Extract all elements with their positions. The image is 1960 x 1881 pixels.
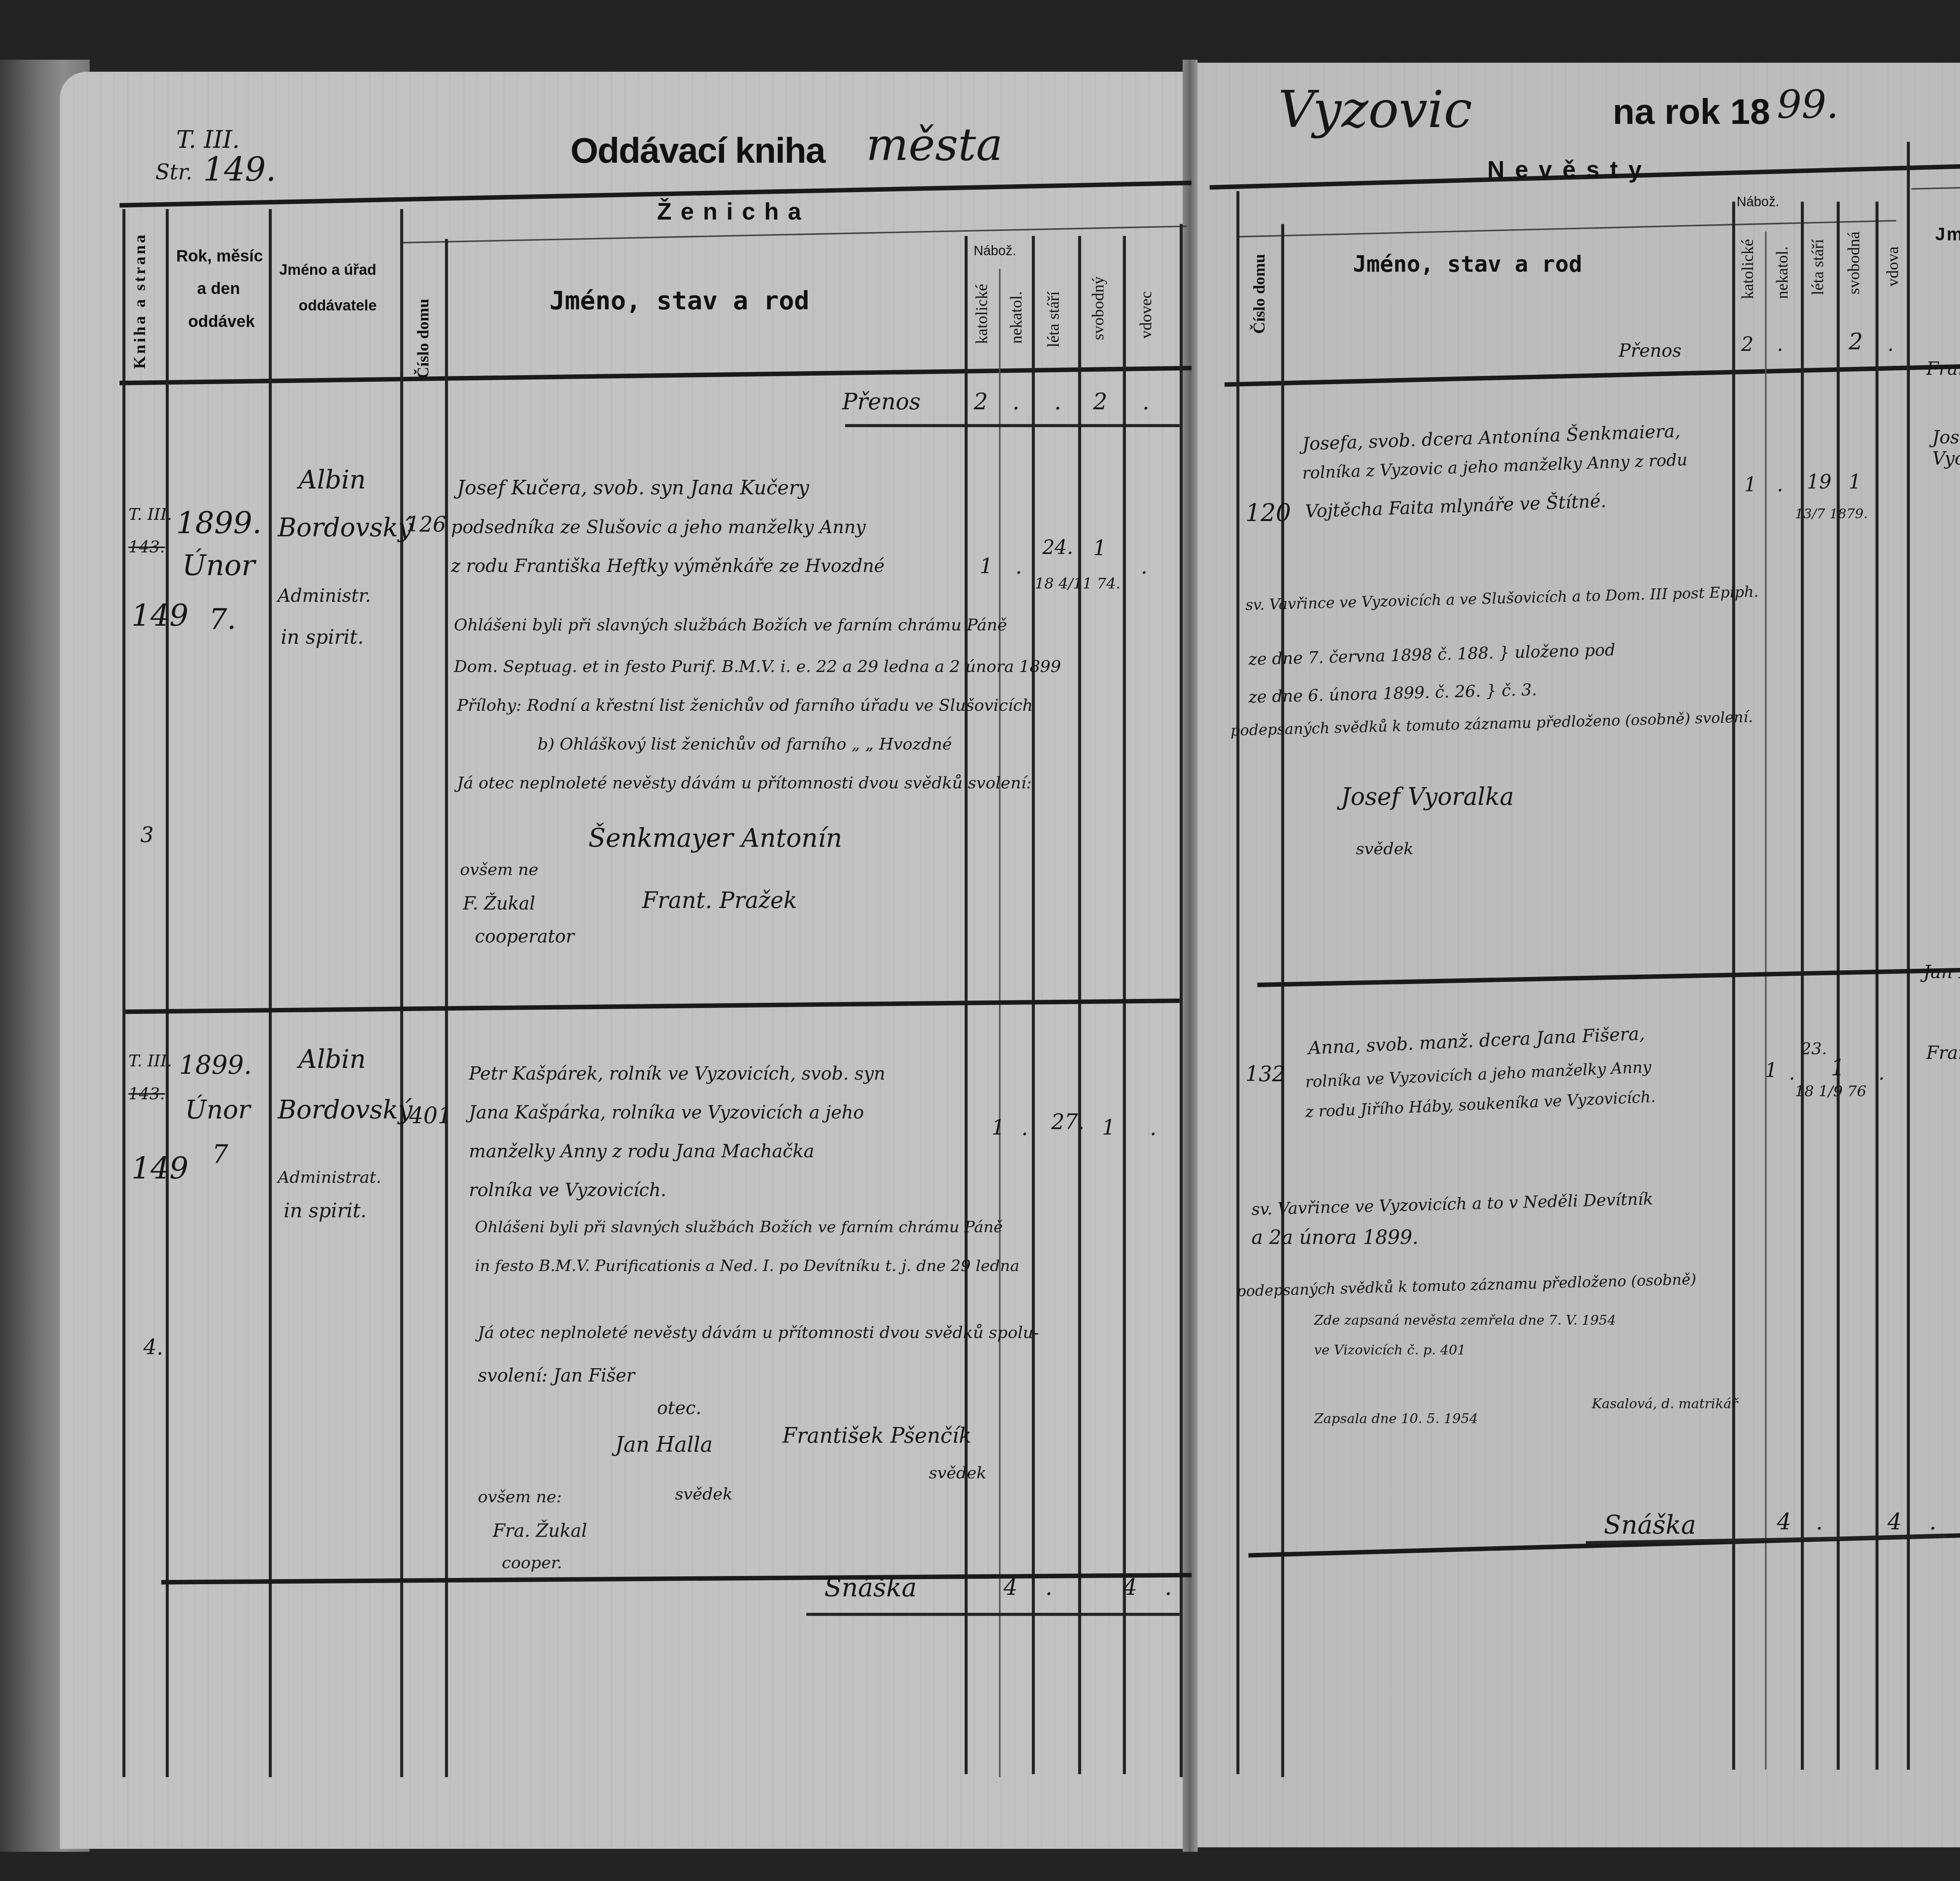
carry-over-svobodny: 2 <box>1093 388 1107 415</box>
groom-note: Dom. Septuag. et in festo Purif. B.M.V. … <box>454 657 1061 677</box>
right-page <box>1189 63 1960 1847</box>
col-header-nekatol: nekatol. <box>1008 291 1026 344</box>
year-printed: na rok 18 <box>1613 93 1770 134</box>
entry-month: Únor <box>182 550 255 583</box>
carry-over-nekatol: . <box>1013 388 1020 415</box>
signature-role: svědek <box>675 1484 733 1504</box>
entry-age: 24. <box>1042 537 1073 560</box>
annotation-address: ve Vizovicích č. p. 401 <box>1314 1344 1466 1359</box>
summary-svobodny: 4 <box>1123 1574 1137 1601</box>
entry-day: 7 <box>212 1141 228 1171</box>
col-header-jmeno-urad: Jméno a úřad <box>279 263 376 279</box>
signature: Fra. Žukal <box>493 1520 587 1541</box>
groom-note: in festo B.M.V. Purificationis a Ned. I.… <box>475 1257 1019 1275</box>
entry-nekatol: . <box>1789 1063 1795 1086</box>
entry-kniha: T. III. <box>129 505 172 525</box>
col-header-naboz: Nábož. <box>974 243 1016 258</box>
col-header-jmeno-stav-rod: Jméno, stav a rod <box>550 287 809 316</box>
carry-over-leta: . <box>1054 388 1061 415</box>
entry-kniha-struck: 143. <box>129 537 165 557</box>
carry-over-katolicke: 2 <box>974 388 988 415</box>
entry-svobodny: 1 <box>1093 537 1106 561</box>
col-header-katolicke: katolické <box>974 284 992 344</box>
entry-vdovec: . <box>1150 1117 1156 1141</box>
col-line <box>122 209 125 1777</box>
entry-svobodna: 1 <box>1831 1054 1845 1081</box>
col-header-rok: Rok, měsíc <box>176 248 263 266</box>
signature: Josef Vyoralka <box>1341 783 1514 811</box>
carry-over-vdova: . <box>1887 334 1894 357</box>
col-header-leta-stari: léta stáří <box>1810 239 1828 295</box>
col-header-aden: a den <box>197 281 240 299</box>
town-handwritten: Vyzovic <box>1278 81 1472 140</box>
officiant-in-spirit: in spirit. <box>281 627 364 650</box>
entry-kniha-page: 149 <box>131 1150 188 1186</box>
witness-name: Fran. Pšenčík <box>1926 1042 1960 1063</box>
entry-nekatol: . <box>1022 1117 1028 1141</box>
entry-katolicke: 1 <box>1765 1060 1778 1083</box>
col-header-oddavatele: oddávatele <box>299 299 377 315</box>
signature: F. Žukal <box>463 893 535 914</box>
groom-note: Přílohy: Rodní a křestní list ženichův o… <box>457 696 1033 715</box>
col-header-oddavek: oddávek <box>188 314 255 332</box>
annotation-recorded: Zapsala dne 10. 5. 1954 <box>1314 1413 1478 1428</box>
summary-nekatol: . <box>1045 1574 1053 1601</box>
signature-note: ovšem ne <box>460 860 538 880</box>
summary-katolicke: 4 <box>1777 1508 1791 1535</box>
groom-text-line: podsedníka ze Slušovic a jeho manželky A… <box>451 517 866 537</box>
entry-house-number: 126 <box>406 514 446 537</box>
groom-note: Já otec neplnoleté nevěsty dávám u příto… <box>478 1323 1039 1343</box>
col-line <box>1281 224 1283 1777</box>
signature: Šenkmayer Antonín <box>588 824 842 854</box>
officiant-first: Albin <box>299 466 366 496</box>
signature-note: otec. <box>657 1398 701 1419</box>
entry-katolicke: 1 <box>1744 475 1757 497</box>
col-header-witness-name: Jméno <box>1935 224 1960 245</box>
entry-nekatol: . <box>1777 475 1783 497</box>
summary-nekatol: . <box>1816 1508 1823 1535</box>
entry-house-number: 401 <box>409 1102 452 1129</box>
title-handwritten: města <box>866 120 1003 172</box>
summary-vdovec: . <box>1165 1574 1172 1601</box>
annotation-registrar: Kasalová, d. matrikář <box>1592 1398 1738 1413</box>
groom-note: Ohlášeni byli při slavných službách Boží… <box>454 615 1007 635</box>
entry-birth-date: 13/7 1879. <box>1795 508 1868 523</box>
col-line <box>269 209 271 1777</box>
col-line <box>999 269 1000 1777</box>
entry-kniha: T. III. <box>129 1051 172 1071</box>
groom-note: b) Ohláškový list ženichův od farního „ … <box>537 735 952 754</box>
carry-over-nekatol: . <box>1777 334 1783 357</box>
entry-year: 1899. <box>179 1051 252 1081</box>
witness-name: Josef Vyoralka <box>1932 427 1960 469</box>
entry-year: 1899. <box>176 505 261 541</box>
entry-nekatol: . <box>1015 556 1022 579</box>
register-scan: T. III. Str. 149. Oddávací kniha města Ž… <box>0 0 1960 1881</box>
entry-age: 19 <box>1807 472 1831 494</box>
officiant-last: Bordovský <box>278 1096 413 1126</box>
entry-row-number: 4. <box>143 1336 163 1360</box>
section-header-groom: Ženicha <box>657 200 810 227</box>
col-line <box>166 209 168 1777</box>
col-header-svobodna: svobodná <box>1846 231 1864 294</box>
carry-over-rule <box>845 424 1180 427</box>
year-handwritten: 99. <box>1777 84 1839 128</box>
col-header-cislo-domu: Číslo domu <box>415 299 433 379</box>
entry-vdovec: . <box>1141 556 1147 579</box>
col-header-kniha: Kniha a strana <box>131 247 149 369</box>
section-header-bride: Nevěsty <box>1487 158 1652 185</box>
signature: František Pšenčík <box>782 1425 971 1449</box>
volume-ref: T. III. <box>176 125 240 154</box>
col-header-vdova: vdova <box>1884 247 1902 287</box>
annotation-death: Zde zapsaná nevěsta zemřela dne 7. V. 19… <box>1314 1314 1616 1329</box>
groom-text-line: manželky Anny z rodu Jana Machačka <box>469 1141 814 1162</box>
summary-label: Snáška <box>824 1574 917 1604</box>
entry-kniha-page: 149 <box>131 597 188 633</box>
book-spine <box>1183 60 1198 1852</box>
groom-text-line: Jana Kašpárka, rolníka ve Vyzovicích a j… <box>469 1102 864 1123</box>
col-line <box>1732 202 1735 1770</box>
groom-note: Ohlášeni byli při slavných službách Boží… <box>475 1218 1003 1236</box>
entry-svobodna: 1 <box>1849 472 1861 494</box>
groom-note: svolení: Jan Fišer <box>478 1365 635 1386</box>
col-line <box>965 236 967 1774</box>
entry-vdova: . <box>1878 1063 1885 1086</box>
witness-name: Frant. Pražek <box>1926 358 1960 379</box>
officiant-title: Administrat. <box>278 1168 381 1187</box>
entry-age: 27. <box>1051 1111 1085 1135</box>
entry-kniha-struck: 143. <box>129 1084 165 1104</box>
carry-over-vdovec: . <box>1142 388 1149 415</box>
col-header-naboz: Nábož. <box>1737 194 1779 209</box>
col-line <box>1032 236 1034 1774</box>
signature-role: svědek <box>1356 839 1414 859</box>
col-line <box>1907 142 1909 1770</box>
groom-text-line: z rodu Františka Heftky výměnkáře ze Hvo… <box>451 556 884 576</box>
signature-role: cooperator <box>475 926 574 947</box>
col-line <box>1123 236 1125 1774</box>
entry-birth-date: 18 4/11 74. <box>1035 576 1121 593</box>
entry-svobodny: 1 <box>1102 1117 1115 1141</box>
bride-note: a 2a února 1899. <box>1251 1227 1418 1250</box>
entry-birth-date: 18 1/9 76 <box>1795 1084 1866 1101</box>
signature: Frant. Pražek <box>642 887 797 914</box>
col-line <box>1801 202 1803 1770</box>
officiant-last: Bordovský <box>278 514 413 543</box>
entry-house-number: 120 <box>1245 499 1291 527</box>
col-header-cislo-domu: Číslo domu <box>1251 254 1269 334</box>
col-line <box>1837 202 1839 1770</box>
signature-role: svědek <box>929 1463 986 1483</box>
carry-over-katolicke: 2 <box>1741 334 1754 357</box>
carry-over-svobodna: 2 <box>1849 329 1863 356</box>
signature-role: cooper. <box>502 1553 562 1573</box>
summary-label: Snáška <box>1604 1511 1696 1541</box>
officiant-first: Albin <box>299 1046 366 1075</box>
carry-over-label: Přenos <box>842 388 920 415</box>
signature-note: ovšem ne: <box>478 1487 562 1507</box>
page-title: Oddávací kniha <box>570 131 825 173</box>
entry-row-number: 3 <box>140 824 154 848</box>
entry-katolicke: 1 <box>991 1117 1005 1141</box>
str-label: Str. <box>155 161 192 185</box>
witness-name: Jan Halla <box>1923 962 1960 982</box>
officiant-title: Administr. <box>278 585 371 606</box>
summary-katolicke: 4 <box>1004 1574 1018 1601</box>
page-number: 149. <box>203 153 276 190</box>
groom-text-line: Petr Kašpárek, rolník ve Vyzovicích, svo… <box>469 1063 885 1084</box>
groom-text-line: Josef Kučera, svob. syn Jana Kučery <box>457 478 809 500</box>
col-header-jmeno-stav-rod: Jméno, stav a rod <box>1353 251 1582 278</box>
summary-rule <box>806 1613 1180 1615</box>
groom-note: Já otec neplnoleté nevěsty dávám u příto… <box>457 773 1032 793</box>
col-header-nekatol: nekatol. <box>1774 247 1792 299</box>
col-header-vdovec: vdovec <box>1138 291 1156 339</box>
officiant-in-spirit: in spirit. <box>284 1201 367 1223</box>
col-header-leta-stari: léta stáří <box>1045 291 1063 347</box>
entry-day: 7. <box>209 603 236 636</box>
col-line <box>400 209 403 1777</box>
entry-age: 23. <box>1801 1039 1827 1059</box>
entry-house-number: 132 <box>1245 1063 1285 1087</box>
summary-svobodna: 4 <box>1887 1508 1902 1535</box>
col-header-katolicke: katolické <box>1740 239 1758 299</box>
col-line <box>1236 191 1239 1774</box>
entry-katolicke: 1 <box>980 556 993 579</box>
signature: Jan Halla <box>615 1434 713 1458</box>
summary-vdova: . <box>1929 1508 1936 1535</box>
col-line <box>1875 202 1878 1770</box>
col-line <box>1078 236 1080 1774</box>
groom-text-line: rolníka ve Vyzovicích. <box>469 1180 666 1200</box>
carry-over-label: Přenos <box>1619 341 1681 361</box>
col-line <box>1180 224 1182 1777</box>
entry-month: Únor <box>185 1096 250 1126</box>
col-header-svobodny: svobodný <box>1090 276 1108 340</box>
